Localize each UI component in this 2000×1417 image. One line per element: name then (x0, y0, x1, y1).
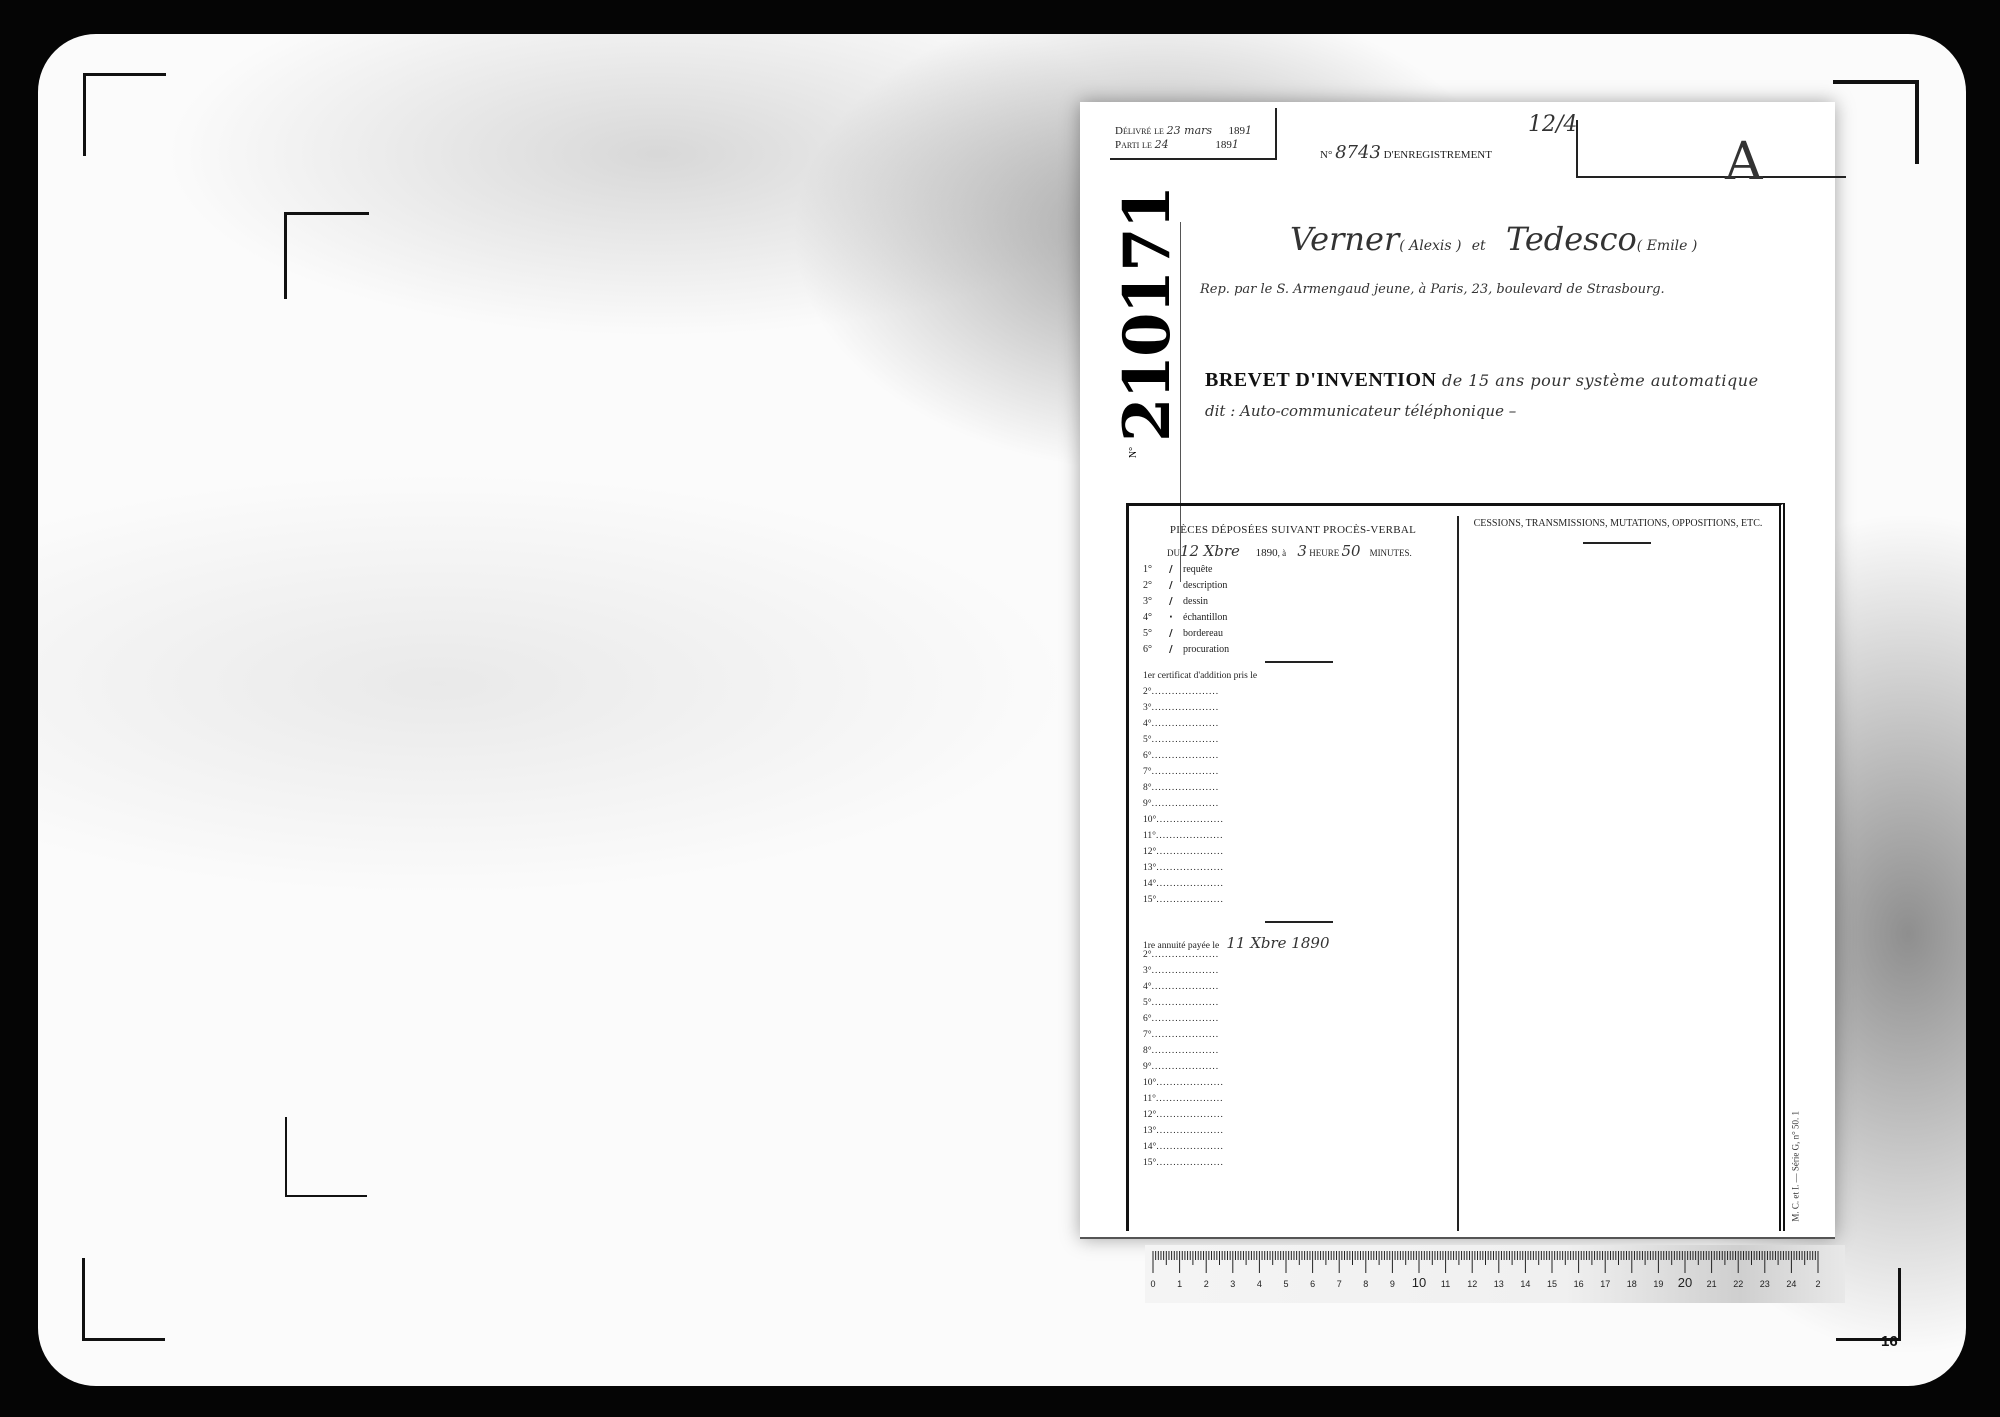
crop-mark-inner-bottom-left (285, 1117, 367, 1197)
heure-label: HEURE (1309, 548, 1339, 558)
proces-verbal-date: DU12 Xbre 1890, à 3 HEURE 50 MINUTES. (1167, 542, 1412, 560)
representative: Rep. par le S. Armengaud jeune, à Paris,… (1200, 282, 1665, 297)
piece-number: 3° (1143, 596, 1169, 612)
annuite-row: 9°.................... (1143, 1062, 1329, 1078)
section-rule (1583, 542, 1651, 544)
delivre-year-hand: 1 (1245, 124, 1252, 137)
applicant-1-name: Verner (1290, 220, 1399, 258)
section-box (1576, 120, 1846, 178)
svg-text:19: 19 (1653, 1279, 1663, 1289)
piece-row: 2°/description (1143, 580, 1229, 596)
annuite-row: 14°.................... (1143, 1142, 1329, 1158)
du-day: 12 (1180, 542, 1199, 560)
annuite-row: 8°.................... (1143, 1046, 1329, 1062)
piece-check-mark: · (1169, 612, 1183, 628)
svg-text:21: 21 (1707, 1279, 1717, 1289)
piece-label: requête (1183, 564, 1212, 580)
certificat-row: 10°.................... (1143, 815, 1257, 831)
piece-row: 5°/bordereau (1143, 628, 1229, 644)
svg-text:18: 18 (1627, 1279, 1637, 1289)
annuite-row: 2°.................... (1143, 950, 1329, 966)
piece-row: 6°/procuration (1143, 644, 1229, 660)
annuite-row: 7°.................... (1143, 1030, 1329, 1046)
crop-mark-inner-top-left (284, 212, 369, 299)
applicant-2-name: Tedesco (1506, 220, 1637, 258)
delivre-value: 23 mars (1167, 124, 1212, 137)
certificat-row: 4°.................... (1143, 719, 1257, 735)
piece-row: 3°/dessin (1143, 596, 1229, 612)
certificat-row: 11°.................... (1143, 831, 1257, 847)
delivre-year-prefix: 189 (1229, 125, 1246, 137)
svg-text:23: 23 (1760, 1279, 1770, 1289)
header-rule (1110, 158, 1275, 160)
applicants-conj: et (1472, 238, 1486, 254)
certificat-row: 2°.................... (1143, 687, 1257, 703)
svg-text:2: 2 (1815, 1279, 1820, 1289)
svg-text:8: 8 (1363, 1279, 1368, 1289)
piece-label: description (1183, 580, 1227, 596)
piece-check-mark: / (1169, 564, 1183, 580)
certificat-row: 3°.................... (1143, 703, 1257, 719)
applicant-2-given: ( Emile ) (1637, 238, 1698, 254)
certificat-first: 1er certificat d'addition pris le (1143, 671, 1257, 687)
svg-text:22: 22 (1733, 1279, 1743, 1289)
form-footnote: M. C. et I. — Série G, n° 50. 1 (1791, 1111, 1801, 1222)
piece-row: 4°·échantillon (1143, 612, 1229, 628)
registration-number: N° 8743 D'ENREGISTREMENT (1320, 142, 1492, 163)
piece-number: 5° (1143, 628, 1169, 644)
patent-record-sheet: Délivré le 23 mars 1891 Parti le 24 1891… (1080, 102, 1835, 1239)
svg-text:11: 11 (1441, 1279, 1450, 1289)
annuite-row: 15°.................... (1143, 1158, 1329, 1174)
ruler-scale: 0123456789101112131415161718192021222324… (1145, 1245, 1845, 1303)
svg-text:6: 6 (1310, 1279, 1315, 1289)
certificat-row: 5°.................... (1143, 735, 1257, 751)
piece-number: 2° (1143, 580, 1169, 596)
patent-number: 210171 (1110, 187, 1185, 442)
parti-year-hand: 1 (1232, 138, 1239, 151)
title-line-2: dit : Auto-communicateur téléphonique – (1205, 402, 1516, 420)
piece-label: procuration (1183, 644, 1229, 660)
certificat-row: 15°.................... (1143, 895, 1257, 911)
header-divider (1275, 108, 1277, 160)
svg-text:15: 15 (1547, 1279, 1557, 1289)
piece-number: 4° (1143, 612, 1169, 628)
piece-check-mark: / (1169, 596, 1183, 612)
certificat-row: 7°.................... (1143, 767, 1257, 783)
parti-value: 24 (1155, 138, 1169, 151)
certificat-row: 8°.................... (1143, 783, 1257, 799)
section-rule (1265, 921, 1333, 923)
a-label: à (1282, 548, 1286, 558)
cessions-heading: CESSIONS, TRANSMISSIONS, MUTATIONS, OPPO… (1457, 518, 1779, 529)
svg-text:7: 7 (1337, 1279, 1342, 1289)
svg-text:2: 2 (1204, 1279, 1209, 1289)
annuite-row: 10°.................... (1143, 1078, 1329, 1094)
crop-mark-bottom-left (82, 1258, 165, 1341)
piece-label: bordereau (1183, 628, 1223, 644)
certificat-row: 9°.................... (1143, 799, 1257, 815)
svg-text:9: 9 (1390, 1279, 1395, 1289)
column-divider (1457, 516, 1459, 1231)
frame-number: 16 (1881, 1333, 1898, 1350)
title-line-1: de 15 ans pour système automatique (1442, 371, 1759, 390)
annuite-row: 4°.................... (1143, 982, 1329, 998)
crop-mark-top-left (83, 73, 166, 156)
svg-text:1: 1 (1177, 1279, 1182, 1289)
svg-text:3: 3 (1230, 1279, 1235, 1289)
reg-label: D'ENREGISTREMENT (1384, 149, 1492, 161)
annuite-row: 11°.................... (1143, 1094, 1329, 1110)
minutes-label: MINUTES. (1370, 548, 1412, 558)
brevet-label: BREVET D'INVENTION (1205, 369, 1436, 391)
pieces-heading: PIÈCES DÉPOSÉES SUIVANT PROCÈS-VERBAL (1129, 524, 1457, 536)
piece-number: 6° (1143, 644, 1169, 660)
patent-title: BREVET D'INVENTION de 15 ans pour systèm… (1205, 369, 1759, 392)
piece-row: 1°/requête (1143, 564, 1229, 580)
reg-fraction: 12/4 (1528, 112, 1577, 137)
applicant-1-given: ( Alexis ) (1399, 238, 1461, 254)
svg-text:13: 13 (1494, 1279, 1504, 1289)
reg-number: 8743 (1335, 142, 1381, 163)
piece-check-mark: / (1169, 628, 1183, 644)
certificat-row: 13°.................... (1143, 863, 1257, 879)
svg-text:20: 20 (1678, 1275, 1692, 1290)
certificat-row: 14°.................... (1143, 879, 1257, 895)
pieces-list: 1°/requête2°/description3°/dessin4°·écha… (1143, 564, 1229, 660)
certificats-list: 1er certificat d'addition pris le 2°....… (1143, 671, 1257, 911)
svg-text:0: 0 (1150, 1279, 1155, 1289)
annuite-row: 5°.................... (1143, 998, 1329, 1014)
annuites-list: 1re annuité payée le 11 Xbre 1890 2°....… (1143, 934, 1329, 1174)
reg-prefix: N° (1320, 149, 1332, 161)
annuite-row: 13°.................... (1143, 1126, 1329, 1142)
certificat-row: 12°.................... (1143, 847, 1257, 863)
annuite-first: 1re annuité payée le 11 Xbre 1890 (1143, 934, 1329, 950)
measurement-ruler: 0123456789101112131415161718192021222324… (1145, 1245, 1845, 1303)
certificat-row: 6°.................... (1143, 751, 1257, 767)
piece-check-mark: / (1169, 644, 1183, 660)
annuite-row: 3°.................... (1143, 966, 1329, 982)
piece-number: 1° (1143, 564, 1169, 580)
parti-year-prefix: 189 (1215, 139, 1232, 151)
minutes-value: 50 (1341, 542, 1360, 560)
applicants: Verner( Alexis ) et Tedesco( Emile ) (1290, 220, 1697, 258)
piece-label: échantillon (1183, 612, 1227, 628)
svg-text:12: 12 (1467, 1279, 1477, 1289)
record-table: PIÈCES DÉPOSÉES SUIVANT PROCÈS-VERBAL DU… (1126, 503, 1785, 1231)
section-mark: A (1725, 132, 1763, 192)
patent-number-prefix: N° (1128, 447, 1139, 458)
hour-value: 3 (1297, 542, 1307, 560)
du-year: 1890 (1256, 547, 1278, 559)
svg-text:16: 16 (1574, 1279, 1584, 1289)
svg-text:14: 14 (1520, 1279, 1530, 1289)
svg-text:24: 24 (1786, 1279, 1796, 1289)
du-label: DU (1167, 548, 1180, 558)
svg-text:4: 4 (1257, 1279, 1262, 1289)
piece-label: dessin (1183, 596, 1208, 612)
svg-text:17: 17 (1600, 1279, 1610, 1289)
annuite-row: 6°.................... (1143, 1014, 1329, 1030)
annuite-first-value: 11 Xbre 1890 (1226, 934, 1329, 952)
piece-check-mark: / (1169, 580, 1183, 596)
delivre-label: Délivré le (1115, 125, 1164, 137)
delivery-header: Délivré le 23 mars 1891 Parti le 24 1891 (1115, 124, 1252, 152)
annuite-row: 12°.................... (1143, 1110, 1329, 1126)
crop-mark-bottom-right (1836, 1268, 1901, 1341)
parti-label: Parti le (1115, 139, 1152, 151)
section-rule (1265, 661, 1333, 663)
du-month: Xbre (1204, 542, 1240, 560)
svg-text:5: 5 (1283, 1279, 1288, 1289)
svg-text:10: 10 (1412, 1275, 1426, 1290)
